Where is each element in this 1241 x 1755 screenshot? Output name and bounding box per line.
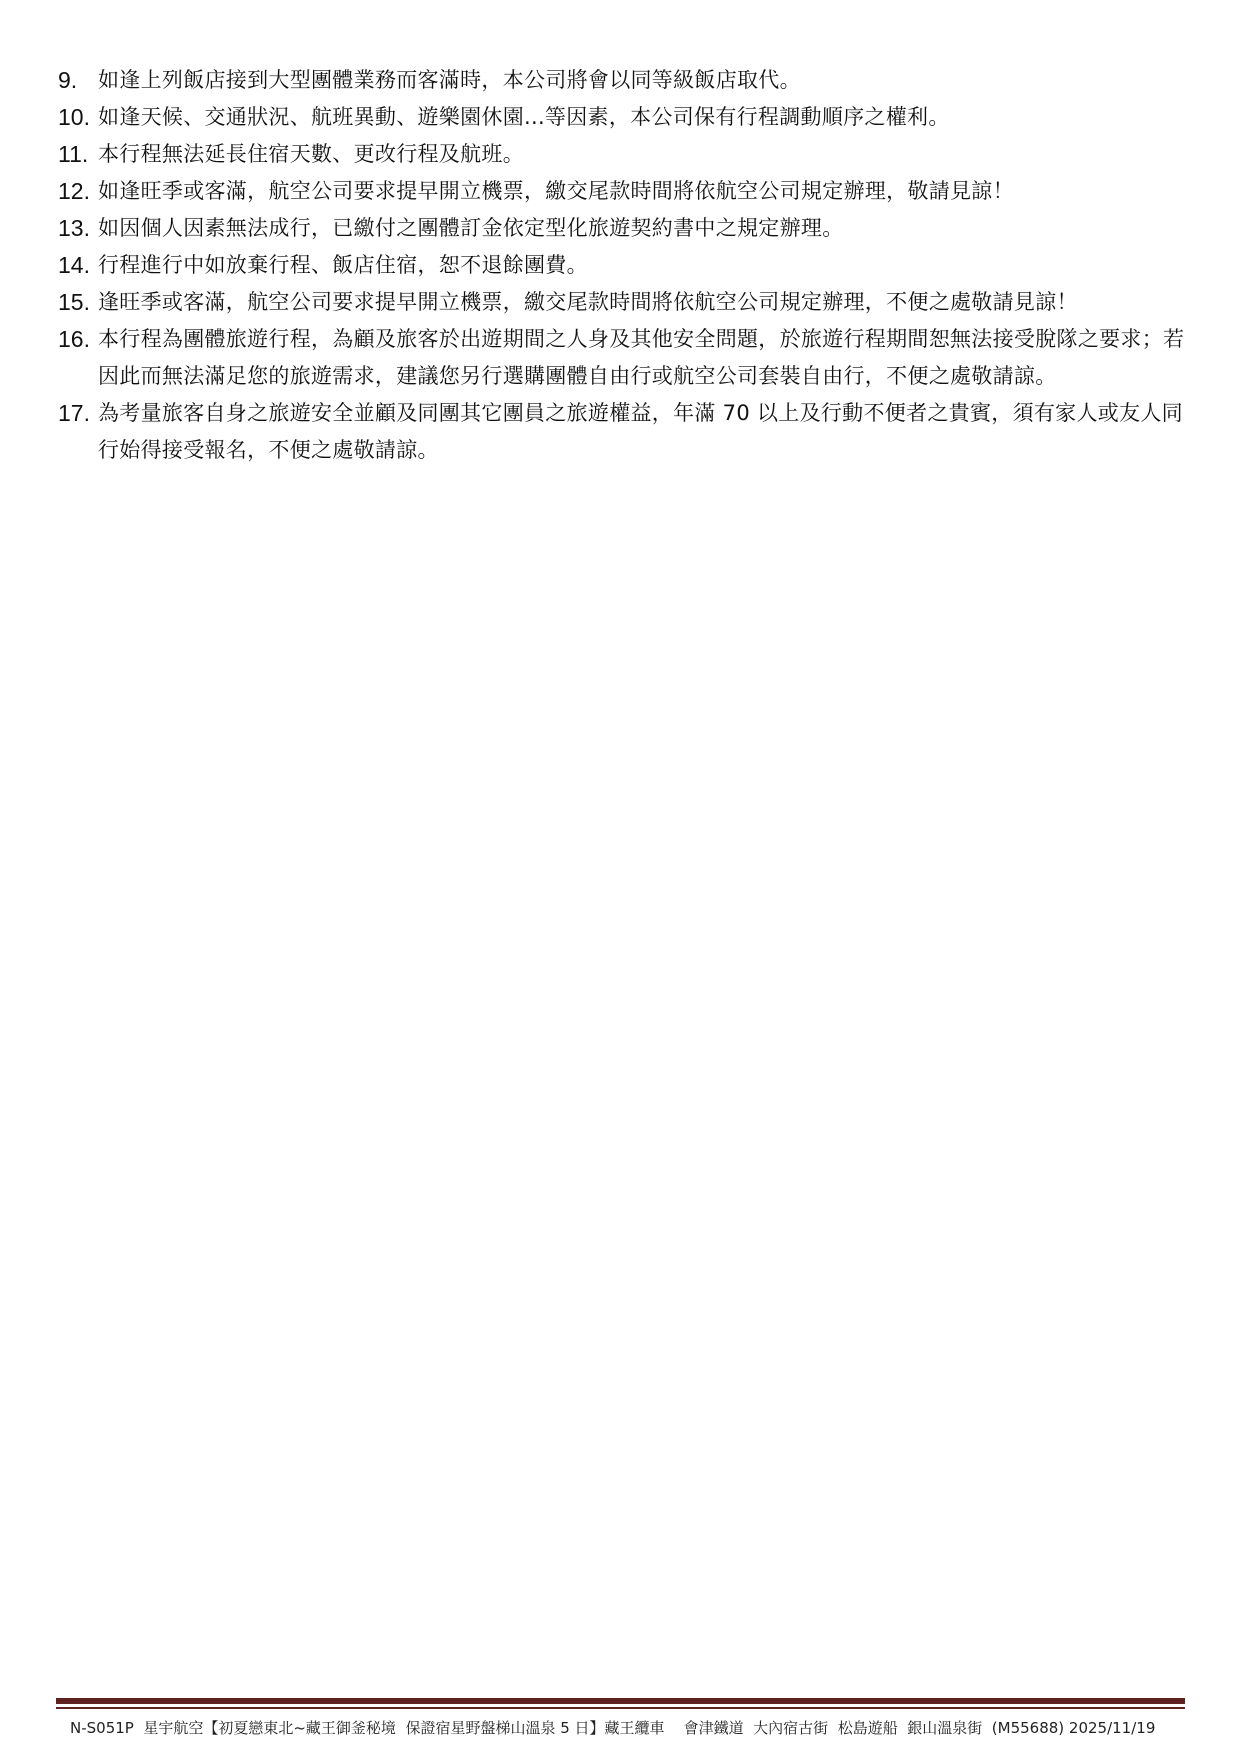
footer-text: N-S051P 星宇航空【初夏戀東北~藏王御釜秘境 保證宿星野盤梯山溫泉 5 日… bbox=[70, 1718, 1155, 1738]
note-item-12: 12. 如逢旺季或客滿，航空公司要求提早開立機票，繳交尾款時間將依航空公司規定辦… bbox=[58, 173, 1188, 210]
footer-divider-thick bbox=[56, 1698, 1185, 1704]
note-item-11: 11. 本行程無法延長住宿天數、更改行程及航班。 bbox=[58, 136, 1188, 173]
note-text: 為考量旅客自身之旅遊安全並顧及同團其它團員之旅遊權益，年滿 70 以上及行動不便… bbox=[98, 401, 1183, 462]
note-text: 如因個人因素無法成行，已繳付之團體訂金依定型化旅遊契約書中之規定辦理。 bbox=[98, 216, 844, 240]
note-text: 如逢旺季或客滿，航空公司要求提早開立機票，繳交尾款時間將依航空公司規定辦理，敬請… bbox=[98, 179, 1014, 203]
note-text: 本行程無法延長住宿天數、更改行程及航班。 bbox=[98, 142, 524, 166]
note-number: 9. bbox=[58, 62, 77, 99]
note-number: 15. bbox=[58, 284, 90, 321]
note-number: 16. bbox=[58, 321, 90, 358]
notes-list: 9. 如逢上列飯店接到大型團體業務而客滿時，本公司將會以同等級飯店取代。 10.… bbox=[58, 62, 1188, 469]
note-item-16: 16. 本行程為團體旅遊行程，為顧及旅客於出遊期間之人身及其他安全問題，於旅遊行… bbox=[58, 321, 1188, 395]
note-text: 本行程為團體旅遊行程，為顧及旅客於出遊期間之人身及其他安全問題，於旅遊行程期間恕… bbox=[98, 327, 1184, 388]
note-number: 10. bbox=[58, 99, 90, 136]
note-number: 13. bbox=[58, 210, 90, 247]
note-item-13: 13. 如因個人因素無法成行，已繳付之團體訂金依定型化旅遊契約書中之規定辦理。 bbox=[58, 210, 1188, 247]
note-number: 14. bbox=[58, 247, 90, 284]
note-text: 如逢上列飯店接到大型團體業務而客滿時，本公司將會以同等級飯店取代。 bbox=[98, 68, 801, 92]
note-number: 12. bbox=[58, 173, 90, 210]
note-number: 11. bbox=[58, 136, 88, 173]
note-item-17: 17. 為考量旅客自身之旅遊安全並顧及同團其它團員之旅遊權益，年滿 70 以上及… bbox=[58, 395, 1188, 469]
note-text: 逢旺季或客滿，航空公司要求提早開立機票，繳交尾款時間將依航空公司規定辦理，不便之… bbox=[98, 290, 1078, 314]
note-number: 17. bbox=[58, 395, 90, 432]
note-text: 如逢天候、交通狀況、航班異動、遊樂園休園...等因素，本公司保有行程調動順序之權… bbox=[98, 105, 950, 129]
note-item-15: 15. 逢旺季或客滿，航空公司要求提早開立機票，繳交尾款時間將依航空公司規定辦理… bbox=[58, 284, 1188, 321]
note-item-10: 10. 如逢天候、交通狀況、航班異動、遊樂園休園...等因素，本公司保有行程調動… bbox=[58, 99, 1188, 136]
note-item-9: 9. 如逢上列飯店接到大型團體業務而客滿時，本公司將會以同等級飯店取代。 bbox=[58, 62, 1188, 99]
note-item-14: 14. 行程進行中如放棄行程、飯店住宿，恕不退餘團費。 bbox=[58, 247, 1188, 284]
note-text: 行程進行中如放棄行程、飯店住宿，恕不退餘團費。 bbox=[98, 253, 588, 277]
footer-divider-thin bbox=[56, 1707, 1185, 1709]
